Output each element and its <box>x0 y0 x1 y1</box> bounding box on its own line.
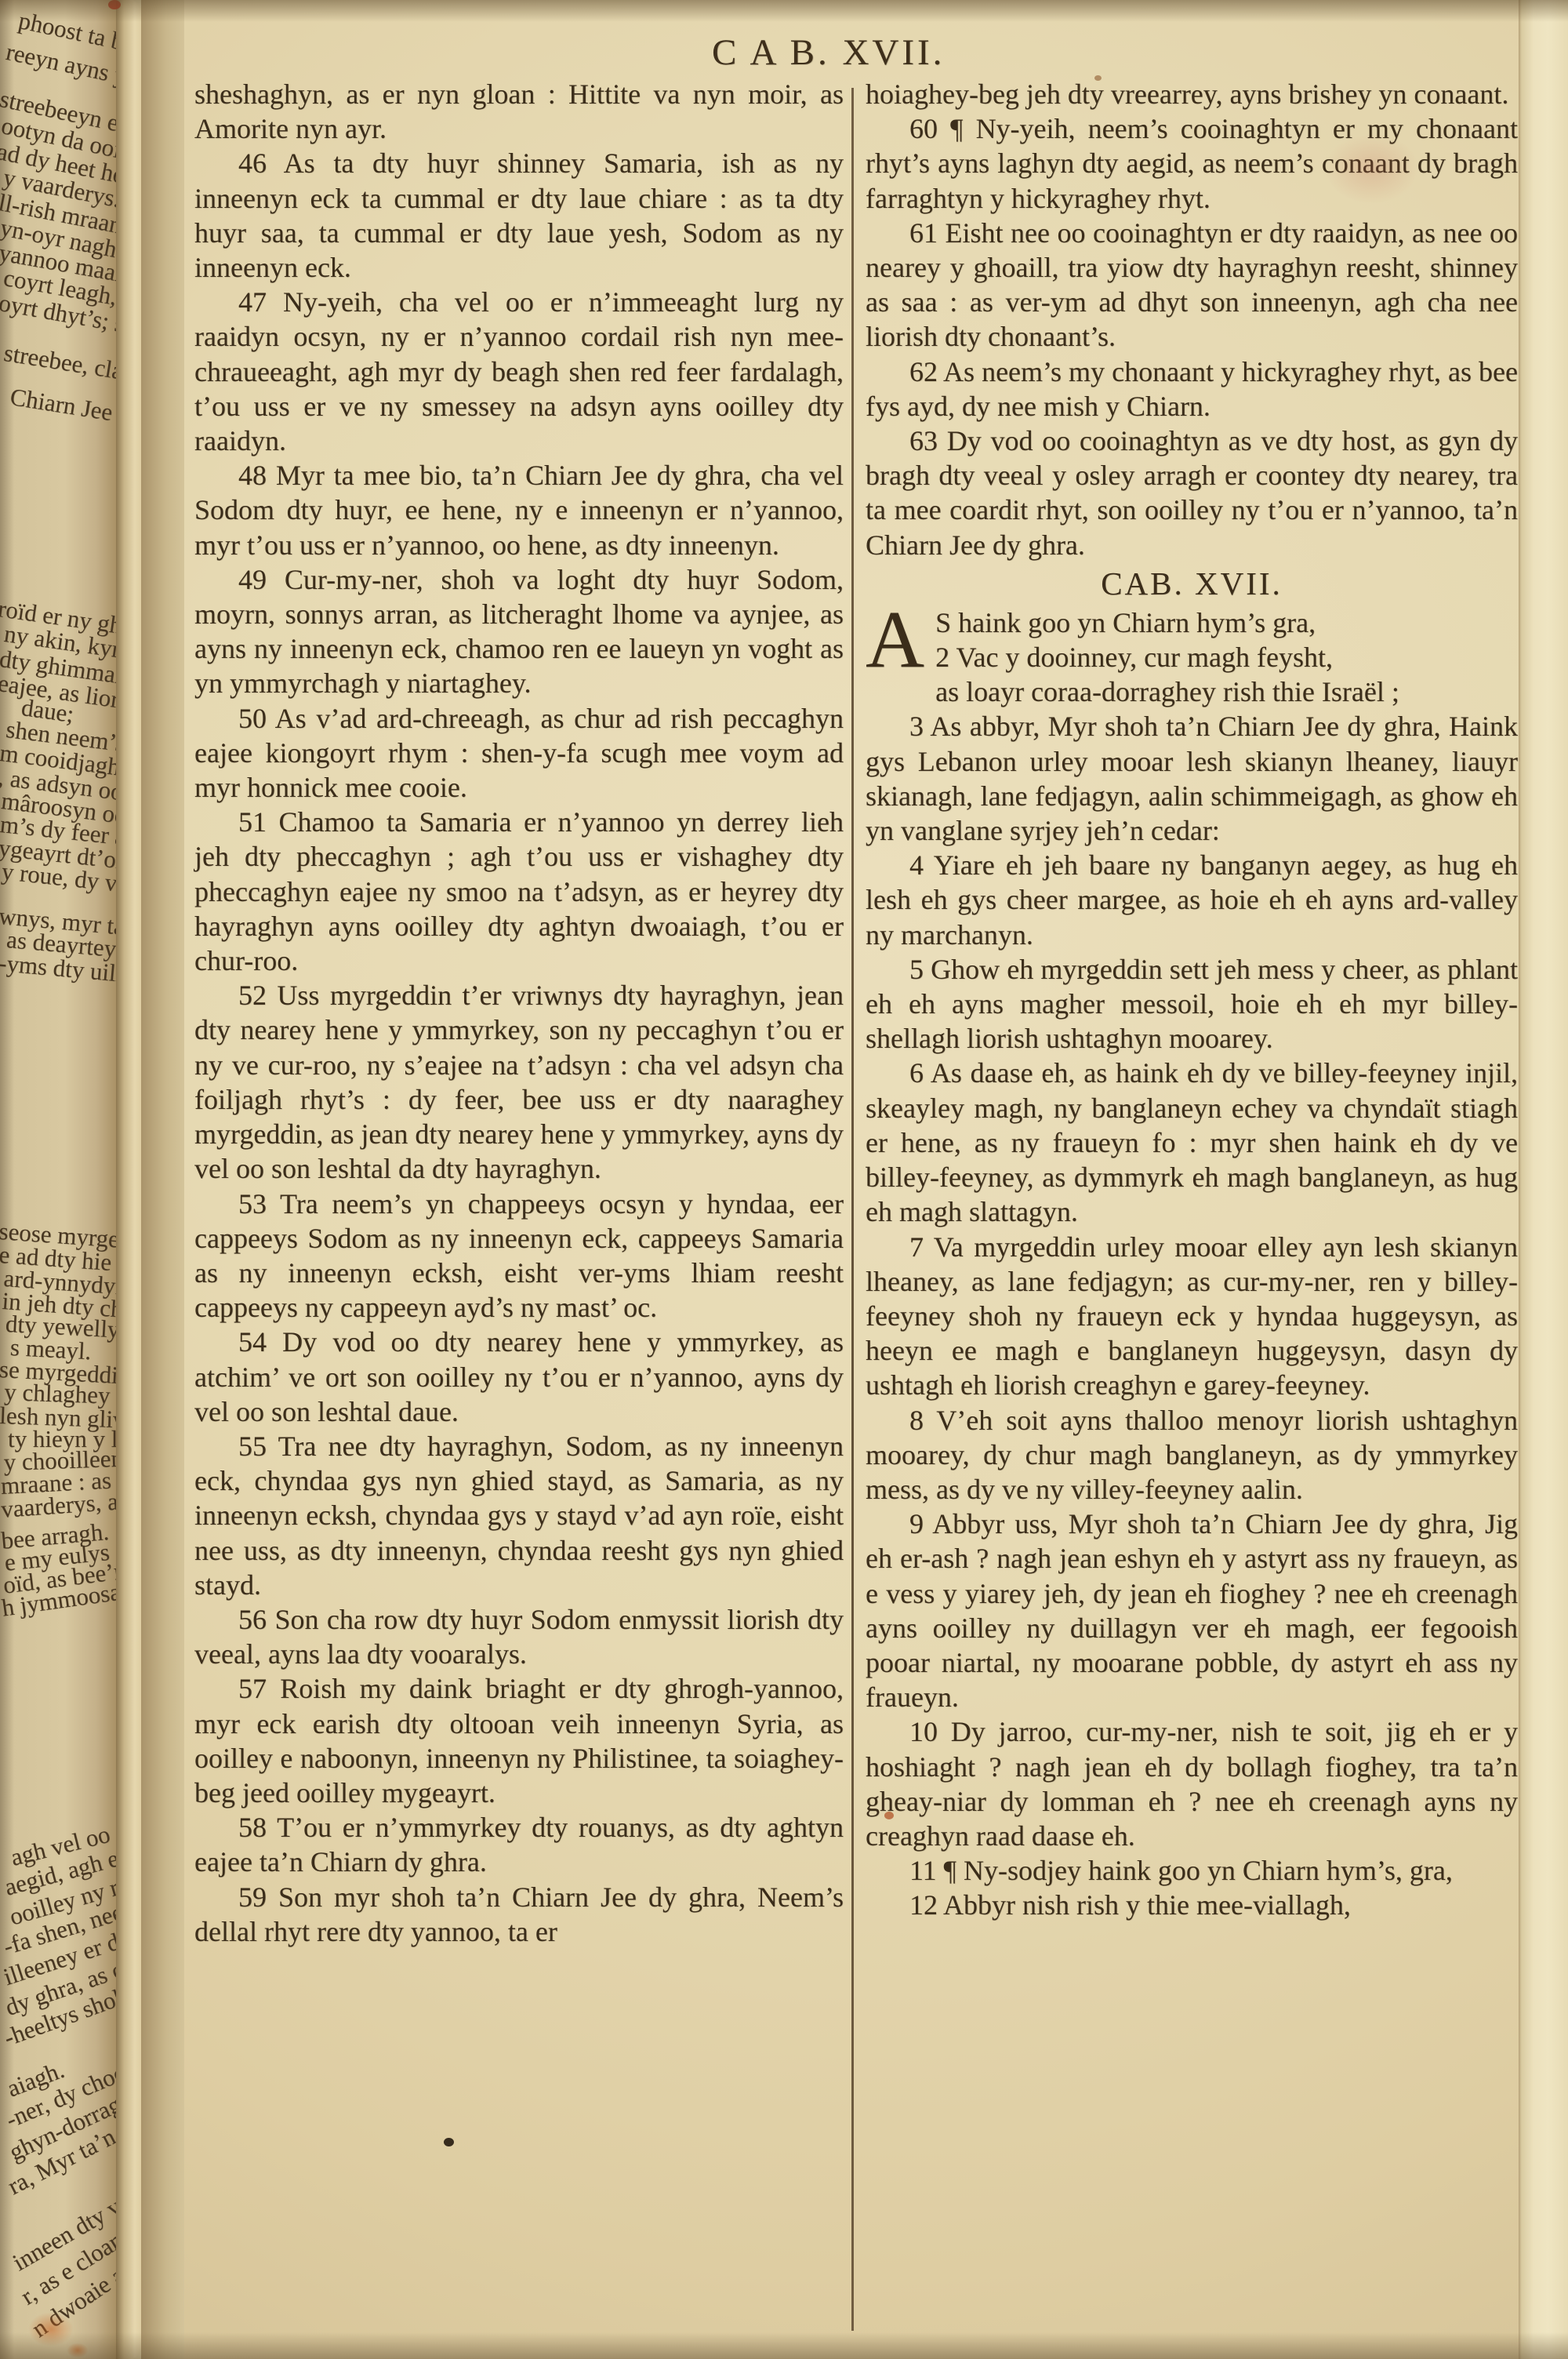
verse: 59 Son myr shoh ta’n Chiarn Jee dy ghra,… <box>194 1880 844 1949</box>
verse: 51 Chamoo ta Samaria er n’yannoo yn derr… <box>194 805 844 978</box>
verse: 49 Cur-my-ner, shoh va loght dty huyr So… <box>194 562 844 701</box>
verse: 56 Son cha row dty huyr Sodom enmyssit l… <box>194 1602 844 1671</box>
column-right: hoiaghey-beg jeh dty vreearrey, ayns bri… <box>866 77 1518 1923</box>
verse: 48 Myr ta mee bio, ta’n Chiarn Jee dy gh… <box>194 458 844 562</box>
verse: 61 Eisht nee oo cooinaghtyn er dty raaid… <box>866 216 1518 354</box>
verse: 47 Ny-yeih, cha vel oo er n’immeeaght lu… <box>194 285 844 458</box>
verse: 7 Va myrgeddin urley mooar elley ayn les… <box>866 1230 1518 1403</box>
previous-page-edge: phoost ta breeyn ayns ynnydstreebeeyn el… <box>0 0 118 2359</box>
verse: 55 Tra nee dty hayraghyn, Sodom, as ny i… <box>194 1429 844 1602</box>
verse: 4 Yiare eh jeh baare ny banganyn aegey, … <box>866 848 1518 952</box>
gutter-text-fragment: Chiarn Jee dy <box>8 383 118 431</box>
verse: 10 Dy jarroo, cur-my-ner, nish te soit, … <box>866 1714 1518 1853</box>
verse: 3 As abbyr, Myr shoh ta’n Chiarn Jee dy … <box>866 709 1518 848</box>
page-fore-edge <box>1519 0 1568 2359</box>
drop-cap-letter: A <box>866 605 935 676</box>
verse-continuation: hoiaghey-beg jeh dty vreearrey, ayns bri… <box>866 77 1518 111</box>
verse: 63 Dy vod oo cooinaghtyn as ve dty host,… <box>866 423 1518 562</box>
book-photo: phoost ta breeyn ayns ynnydstreebeeyn el… <box>0 0 1568 2359</box>
verse: 12 Abbyr nish rish y thie mee-viallagh, <box>866 1888 1518 1922</box>
verse: 54 Dy vod oo dty nearey hene y ymmyrkey,… <box>194 1325 844 1429</box>
verse: 46 As ta dty huyr shinney Samaria, ish a… <box>194 146 844 285</box>
chapter-heading: CAB. XVII. <box>866 563 1518 604</box>
column-left: sheshaghyn, as er nyn gloan : Hittite va… <box>194 77 844 1949</box>
verse: 52 Uss myrgeddin t’er vriwnys dty hayrag… <box>194 978 844 1186</box>
verse-continuation: sheshaghyn, as er nyn gloan : Hittite va… <box>194 77 844 146</box>
verse: 62 As neem’s my chonaant y hickyraghey r… <box>866 354 1518 423</box>
verse: 6 As daase eh, as haink eh dy ve billey-… <box>866 1056 1518 1229</box>
page-fold-edge <box>116 0 143 2359</box>
verse: 50 As v’ad ard-chreeagh, as chur ad rish… <box>194 701 844 805</box>
verse: 9 Abbyr uss, Myr shoh ta’n Chiarn Jee dy… <box>866 1507 1518 1714</box>
verse: 8 V’eh soit ayns thalloo menoyr liorish … <box>866 1403 1518 1507</box>
verse: 5 Ghow eh myrgeddin sett jeh mess y chee… <box>866 952 1518 1056</box>
verse: 11 ¶ Ny-sodjey haink goo yn Chiarn hym’s… <box>866 1853 1518 1888</box>
running-head: C A B. XVII. <box>712 31 945 74</box>
verse: 53 Tra neem’s yn chappeeys ocsyn y hynda… <box>194 1187 844 1325</box>
verse: 58 T’ou er n’ymmyrkey dty rouanys, as dt… <box>194 1810 844 1879</box>
column-divider <box>851 88 854 2331</box>
verse: 60 ¶ Ny-yeih, neem’s cooinaghtyn er my c… <box>866 111 1518 216</box>
verse: 57 Roish my daink briaght er dty ghrogh-… <box>194 1671 844 1810</box>
verse-dropcap: AS haink goo yn Chiarn hym’s gra,2 Vac y… <box>866 605 1518 710</box>
